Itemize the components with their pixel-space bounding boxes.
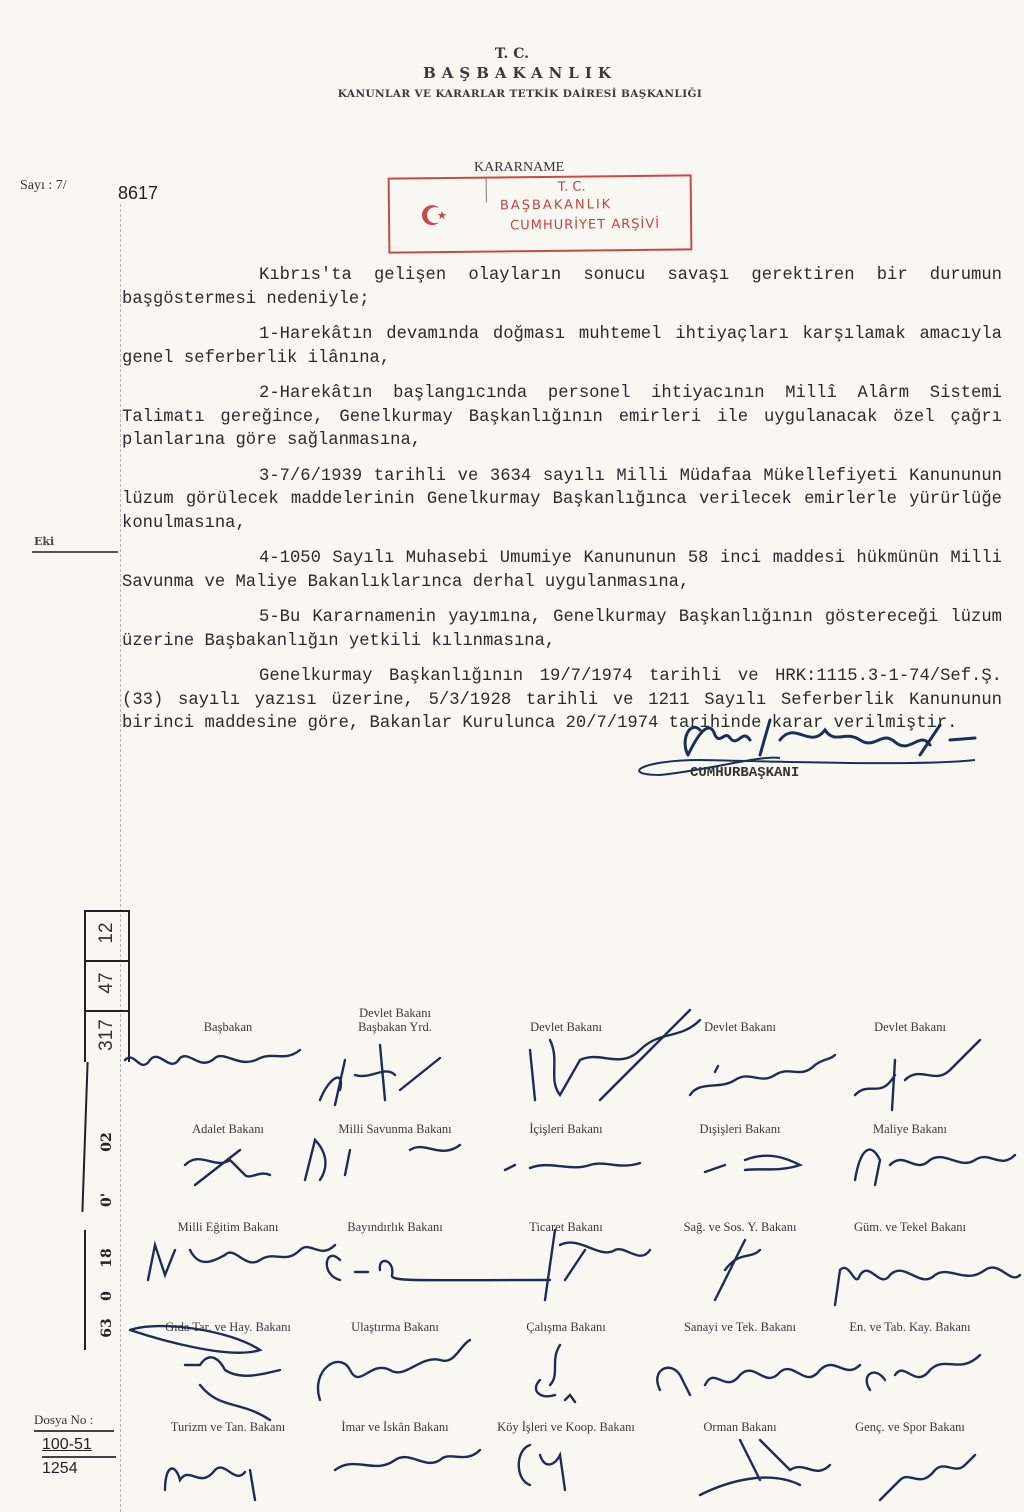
minister-title: Başbakan: [204, 1020, 253, 1035]
crescent-star-icon: [420, 201, 448, 229]
decree-body: Kıbrıs'ta gelişen olayların sonucu savaş…: [122, 264, 1002, 748]
file-box-line: [84, 1230, 86, 1350]
decree-page: T. C. BAŞBAKANLIK KANUNLAR VE KARARLAR T…: [0, 0, 1024, 1512]
minister-title: Devlet Bakanı: [874, 1020, 946, 1035]
document-type: KARARNAME: [474, 160, 564, 176]
decree-intro: Kıbrıs'ta gelişen olayların sonucu savaş…: [122, 264, 1002, 311]
stamp-line-1: T. C.: [558, 180, 586, 195]
minister-title: İçişleri Bakanı: [529, 1122, 602, 1137]
dosya-label: Dosya No :: [34, 1412, 93, 1428]
minister-title: Devlet Bakanı: [530, 1020, 602, 1035]
minister-title: Orman Bakanı: [703, 1420, 776, 1435]
decree-item-5: 5-Bu Kararnamenin yayımına, Genelkurmay …: [122, 606, 1002, 653]
president-title: CUMHURBAŞKANI: [690, 765, 799, 781]
stamp-digit: 63: [99, 1308, 115, 1348]
minister-title: İmar ve İskân Bakanı: [341, 1420, 448, 1435]
dosya-number-bottom: 1254: [42, 1460, 78, 1478]
minister-title: En. ve Tab. Kay. Bakanı: [849, 1320, 970, 1335]
header-department: KANUNLAR VE KARARLAR TETKİK DAİRESİ BAŞK…: [8, 88, 1024, 100]
decree-item-1: 1-Harekâtın devamında doğması muhtemel i…: [122, 323, 1002, 370]
minister-title: Genç. ve Spor Bakanı: [855, 1420, 965, 1435]
file-box-cell-2: 47: [96, 953, 118, 1013]
stamp-digit: 02: [99, 1122, 115, 1162]
minister-title: Ticaret Bakanı: [529, 1220, 602, 1235]
file-number-box: 12 47 317 02 0' 18 0 63: [84, 910, 130, 1350]
minister-title: Milli Savunma Bakanı: [338, 1122, 451, 1137]
dosya-rule: [42, 1456, 116, 1458]
stamp-line-3: CUMHURİYET ARŞİVİ: [510, 217, 660, 234]
decree-item-3: 3-7/6/1939 tarihli ve 3634 sayılı Milli …: [122, 465, 1002, 536]
sayi-label: Sayı : 7/: [20, 178, 67, 194]
file-box-cell-3: 317: [96, 1005, 118, 1065]
minister-title: Devlet Bakanı Başbakan Yrd.: [358, 1006, 432, 1034]
minister-title: Turizm ve Tan. Bakanı: [171, 1420, 285, 1435]
sayi-number: 8617: [118, 183, 158, 204]
file-box-line: [81, 1062, 88, 1212]
minister-title: Ulaştırma Bakanı: [351, 1320, 439, 1335]
stamp-line-2: BAŞBAKANLIK: [500, 197, 613, 213]
dosya-number-top: 100-51: [42, 1436, 92, 1454]
minister-title: Milli Eğitim Bakanı: [178, 1220, 279, 1235]
minister-title: Gıda Tar. ve Hay. Bakanı: [165, 1320, 291, 1335]
minister-title: Güm. ve Tekel Bakanı: [854, 1220, 966, 1235]
minister-title: Sanayi ve Tek. Bakanı: [684, 1320, 796, 1335]
stamp-digit: 0': [99, 1180, 115, 1220]
decree-item-2: 2-Harekâtın başlangıcında personel ihtiy…: [122, 382, 1002, 453]
eki-rule: [32, 551, 118, 553]
archive-stamp: T. C. BAŞBAKANLIK CUMHURİYET ARŞİVİ: [388, 174, 693, 253]
stamp-separator: [486, 179, 487, 203]
dosya-rule: [34, 1430, 114, 1432]
minister-title: Bayındırlık Bakanı: [347, 1220, 442, 1235]
minister-title: Sağ. ve Sos. Y. Bakanı: [684, 1220, 797, 1235]
minister-title: Adalet Bakanı: [192, 1122, 264, 1137]
header-institution: BAŞBAKANLIK: [8, 64, 1024, 82]
eki-label: Eki: [34, 535, 54, 548]
minister-title: Köy İşleri ve Koop. Bakanı: [497, 1420, 635, 1435]
decree-item-4: 4-1050 Sayılı Muhasebi Umumiye Kanununun…: [122, 547, 1002, 594]
minister-title: Dışişleri Bakanı: [700, 1122, 781, 1137]
header-tc: T. C.: [0, 46, 1024, 62]
minister-title: Maliye Bakanı: [873, 1122, 947, 1137]
minister-title: Devlet Bakanı: [704, 1020, 776, 1035]
president-signature: [620, 700, 1000, 790]
minister-title: Çalışma Bakanı: [526, 1320, 606, 1335]
stamp-digit: 18: [99, 1238, 115, 1278]
